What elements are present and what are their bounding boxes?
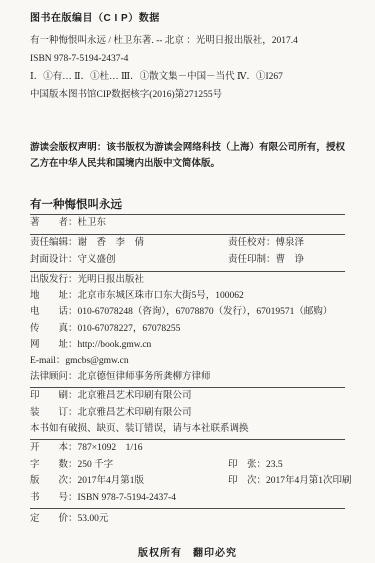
cover-design-field: 封面设计：守义盛创 [30, 252, 228, 269]
format-section: 开 本：787×1092 1/16 字 数：250 千字 印 张：23.5 版 … [30, 440, 345, 506]
field-value: 250 千字 [78, 460, 114, 470]
field-value: 曹 诤 [276, 255, 305, 265]
isbn-row: 书 号：ISBN 978-7-5194-2437-4 [30, 490, 345, 507]
field-label: 书 号： [30, 490, 78, 507]
field-value: 谢 香 李 倩 [78, 238, 145, 248]
field-label: 责任校对： [228, 238, 276, 248]
publisher-row: 出版发行：光明日报出版社 [30, 272, 345, 288]
cip-block: 图书在版编目（C I P）数据 有一种悔恨叫永远 / 杜卫东著. -- 北京 ：… [30, 12, 345, 104]
cip-lines: 有一种悔恨叫永远 / 杜卫东著. -- 北京 ：光明日报出版社，2017.4 I… [30, 32, 345, 104]
copyright-footer: 版权所有 翻印必究 [30, 544, 345, 559]
print-sheets-field: 印 张：23.5 [228, 457, 345, 474]
field-value: 23.5 [266, 460, 283, 470]
field-label: 责任编辑： [30, 238, 78, 248]
field-value: 傅泉泽 [276, 238, 305, 248]
credits-section: 著 者：杜卫东 责任编辑：谢 香 李 倩 责任校对：傅泉泽 封面设计：守义盛创 … [30, 215, 345, 269]
word-count-field: 字 数：250 千字 [30, 457, 228, 474]
publisher-section: 出版发行：光明日报出版社 地 址：北京市东城区珠市口东大街5号，100062 电… [30, 272, 345, 385]
field-value: 010-67078227，67078255 [78, 321, 181, 337]
field-label: 装 订： [30, 405, 78, 421]
edition-field: 版 次：2017年4月第1版 [30, 473, 228, 490]
author-row: 著 者：杜卫东 [30, 215, 345, 232]
field-value: 杜卫东 [78, 215, 107, 232]
field-value: 787×1092 1/16 [78, 440, 143, 457]
field-label: 出版发行： [30, 272, 78, 288]
field-label: 版 次： [30, 476, 78, 486]
field-label: 责任印制： [228, 255, 276, 265]
editor-field: 责任编辑：谢 香 李 倩 [30, 235, 228, 252]
field-label: 网 址： [30, 337, 78, 353]
printing-section: 印 刷：北京雅昌艺术印刷有限公司 装 订：北京雅昌艺术印刷有限公司 本书如有破损… [30, 388, 345, 437]
field-label: 电 话： [30, 304, 78, 320]
website-row: 网 址：http://book.gmw.cn [30, 337, 345, 353]
field-label: 封面设计： [30, 255, 78, 265]
field-label: 定 价： [30, 511, 78, 528]
cip-line-title: 有一种悔恨叫永远 / 杜卫东著. -- 北京 ：光明日报出版社，2017.4 [30, 32, 345, 50]
price-value: 53.00元 [78, 511, 109, 528]
cip-line-classification: Ⅰ．①有… Ⅱ．①杜… Ⅲ．①散文集－中国－当代 Ⅳ．①I267 [30, 68, 345, 86]
divider [30, 508, 345, 509]
address-row: 地 址：北京市东城区珠市口东大街5号，100062 [30, 288, 345, 304]
field-value: 北京德恒律师事务所龚柳方律师 [78, 369, 211, 385]
field-label: 法律顾问： [30, 369, 78, 385]
legal-counsel-row: 法律顾问：北京德恒律师事务所龚柳方律师 [30, 369, 345, 385]
email-address: gmcbs@gmw.cn [65, 353, 128, 369]
field-label: 地 址： [30, 288, 78, 304]
cip-line-isbn: ISBN 978-7-5194-2437-4 [30, 50, 345, 68]
field-label: 印 次： [228, 476, 266, 486]
field-value: 光明日报出版社 [78, 272, 145, 288]
website-url: http://book.gmw.cn [78, 337, 152, 353]
field-label: E-mail： [30, 353, 65, 369]
field-label: 传 真： [30, 321, 78, 337]
wordcount-sheets-row: 字 数：250 千字 印 张：23.5 [30, 457, 345, 474]
field-label: 印 刷： [30, 388, 78, 404]
binder-row: 装 订：北京雅昌艺术印刷有限公司 [30, 405, 345, 421]
fax-row: 传 真：010-67078227，67078255 [30, 321, 345, 337]
book-copyright-page: 图书在版编目（C I P）数据 有一种悔恨叫永远 / 杜卫东著. -- 北京 ：… [0, 0, 375, 563]
sheet-size-row: 开 本：787×1092 1/16 [30, 440, 345, 457]
field-value: 北京雅昌艺术印刷有限公司 [78, 405, 192, 421]
printer-row: 印 刷：北京雅昌艺术印刷有限公司 [30, 388, 345, 404]
cip-header: 图书在版编目（C I P）数据 [30, 12, 345, 26]
replacement-note: 本书如有破损、缺页、装订错误，请与本社联系调换 [30, 421, 345, 437]
field-value: ISBN 978-7-5194-2437-4 [78, 490, 176, 507]
field-label: 开 本： [30, 440, 78, 457]
field-value: 北京雅昌艺术印刷有限公司 [78, 388, 192, 404]
design-printsupervisor-row: 封面设计：守义盛创 责任印制：曹 诤 [30, 252, 345, 269]
impression-field: 印 次：2017年4月第1次印刷 [228, 473, 345, 490]
field-value: 2017年4月第1版 [78, 476, 145, 486]
field-label: 著 者： [30, 215, 78, 232]
field-value: 2017年4月第1次印刷 [266, 476, 352, 486]
book-title: 有一种悔恨叫永远 [30, 199, 345, 212]
phone-row: 电 话：010-67078248（咨询），67078870（发行），670195… [30, 304, 345, 320]
price-row: 定 价：53.00元 [30, 511, 345, 528]
email-row: E-mail：gmcbs@gmw.cn [30, 353, 345, 369]
field-label: 印 张： [228, 460, 266, 470]
field-value: 北京市东城区珠市口东大街5号，100062 [78, 288, 244, 304]
cip-line-registry: 中国版本图书馆CIP数据核字(2016)第271255号 [30, 86, 345, 104]
field-label: 字 数： [30, 460, 78, 470]
license-notice: 游读会版权声明：该书版权为游读会网络科技（上海）有限公司所有，授权乙方在中华人民… [30, 140, 345, 171]
edition-impression-row: 版 次：2017年4月第1版 印 次：2017年4月第1次印刷 [30, 473, 345, 490]
editor-proofreader-row: 责任编辑：谢 香 李 倩 责任校对：傅泉泽 [30, 235, 345, 252]
field-value: 守义盛创 [78, 255, 116, 265]
print-supervisor-field: 责任印制：曹 诤 [228, 252, 345, 269]
field-value: 010-67078248（咨询），67078870（发行），67019571（邮… [78, 304, 333, 320]
proofreader-field: 责任校对：傅泉泽 [228, 235, 345, 252]
